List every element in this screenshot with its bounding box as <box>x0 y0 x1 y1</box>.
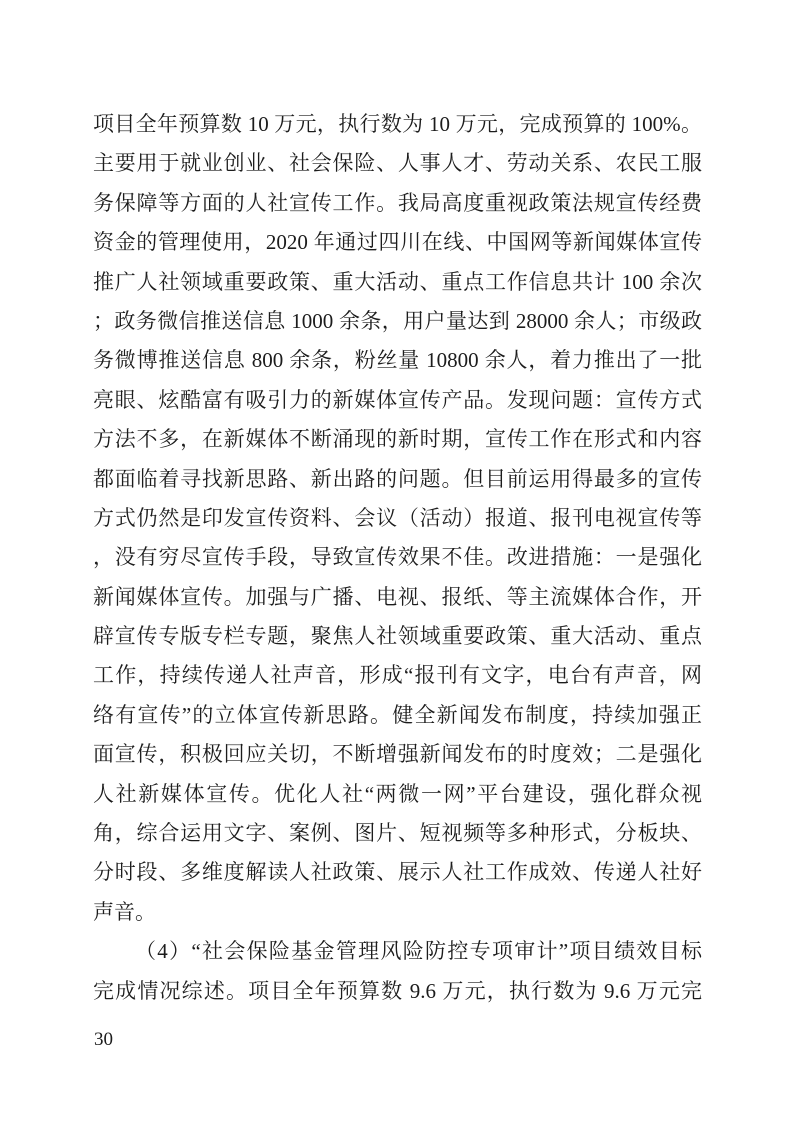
text-line: 辟宣传专版专栏专题，聚焦人社领域重要政策、重大活动、重点 <box>93 617 702 656</box>
text-line: 分时段、多维度解读人社政策、展示人社工作成效、传递人社好 <box>93 853 702 892</box>
text-line: 务保障等方面的人社宣传工作。我局高度重视政策法规宣传经费 <box>93 184 702 223</box>
text-line: 亮眼、炫酷富有吸引力的新媒体宣传产品。发现问题：宣传方式 <box>93 381 702 420</box>
page-body: 项目全年预算数 10 万元，执行数为 10 万元，完成预算的 100%。 主要用… <box>93 105 702 1011</box>
text-line: 都面临着寻找新思路、新出路的问题。但目前运用得最多的宣传 <box>93 460 702 499</box>
text-line: 完成情况综述。项目全年预算数 9.6 万元，执行数为 9.6 万元完 <box>93 972 702 1011</box>
text-line: 资金的管理使用，2020 年通过四川在线、中国网等新闻媒体宣传 <box>93 223 702 262</box>
text-line: 工作，持续传递人社声音，形成“报刊有文字，电台有声音，网 <box>93 656 702 695</box>
text-line: 络有宣传”的立体宣传新思路。健全新闻发布制度，持续加强正 <box>93 696 702 735</box>
paragraph-end-line: 声音。 <box>93 893 702 932</box>
text-line: 角，综合运用文字、案例、图片、短视频等多种形式，分板块、 <box>93 814 702 853</box>
text-line: 面宣传，积极回应关切，不断增强新闻发布的时度效；二是强化 <box>93 735 702 774</box>
page-number: 30 <box>94 1028 113 1052</box>
text-line: ；政务微信推送信息 1000 余条，用户量达到 28000 余人；市级政 <box>93 302 702 341</box>
text-line: 新闻媒体宣传。加强与广播、电视、报纸、等主流媒体合作，开 <box>93 578 702 617</box>
text-line: 推广人社领域重要政策、重大活动、重点工作信息共计 100 余次 <box>93 263 702 302</box>
text-line: 项目全年预算数 10 万元，执行数为 10 万元，完成预算的 100%。 <box>93 105 702 144</box>
text-line: 人社新媒体宣传。优化人社“两微一网”平台建设，强化群众视 <box>93 775 702 814</box>
text-line: ，没有穷尽宣传手段，导致宣传效果不佳。改进措施：一是强化 <box>93 538 702 577</box>
text-line: 方法不多，在新媒体不断涌现的新时期，宣传工作在形式和内容 <box>93 420 702 459</box>
paragraph-start-line: （4）“社会保险基金管理风险防控专项审计”项目绩效目标 <box>93 932 702 971</box>
text-line: 务微博推送信息 800 余条，粉丝量 10800 余人，着力推出了一批 <box>93 341 702 380</box>
document-page: 项目全年预算数 10 万元，执行数为 10 万元，完成预算的 100%。 主要用… <box>0 0 793 1122</box>
text-line: 主要用于就业创业、社会保险、人事人才、劳动关系、农民工服 <box>93 144 702 183</box>
text-line: 方式仍然是印发宣传资料、会议（活动）报道、报刊电视宣传等 <box>93 499 702 538</box>
